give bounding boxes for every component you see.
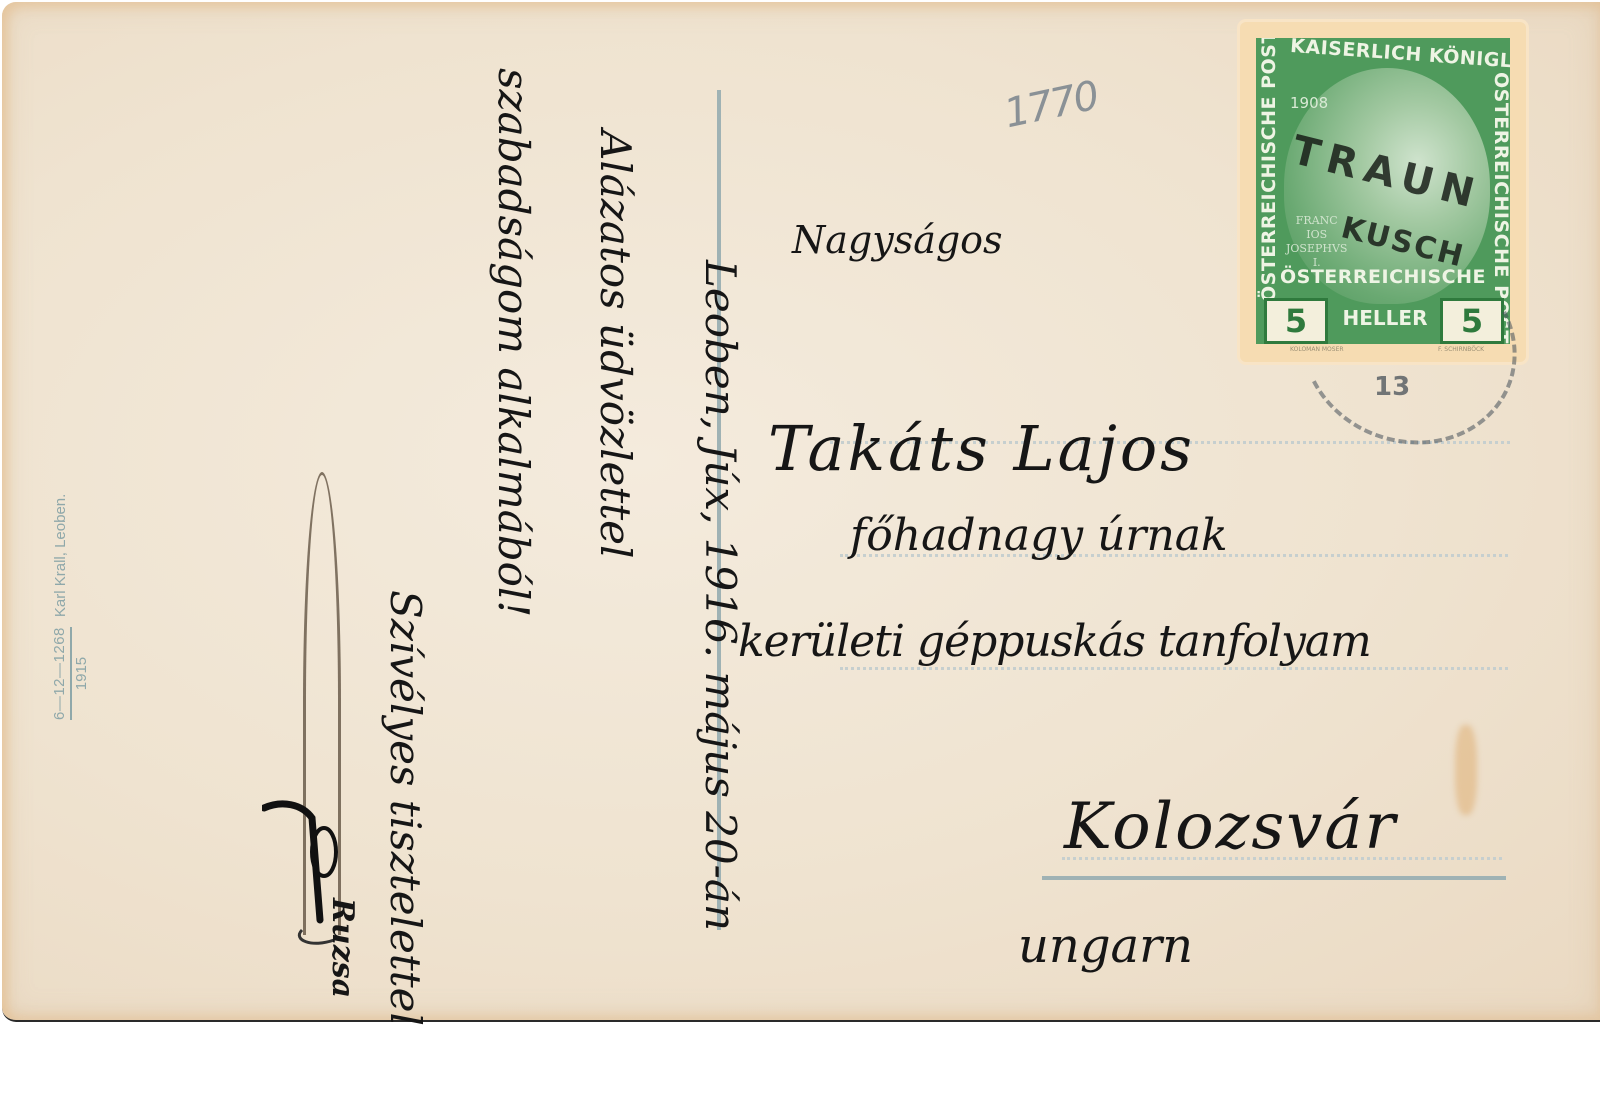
message-closing: Szívélyes tisztelettel [381, 590, 430, 1026]
print-code: 6—12—1268 1915 [52, 627, 90, 720]
address-salutation: Nagyságos [792, 218, 1003, 262]
address-country: ungarn [1018, 918, 1193, 974]
address-title: főhadnagy úrnak [850, 510, 1228, 561]
address-institution: kerületi géppuskás tanfolyam [738, 616, 1371, 667]
message-line-2: Alázatos üdvözlettel [591, 130, 640, 558]
stamp-text-right: ÖSTERREICHISCHE POST [1490, 72, 1510, 302]
address-name: Takáts Lajos [768, 412, 1195, 485]
stamp-text-left: ÖSTERREICHISCHE POST [1258, 72, 1280, 302]
postmark-number: 13 [1374, 372, 1410, 402]
publisher-imprint: 6—12—1268 1915 Karl Krall, Leoben. [52, 494, 90, 720]
address-city: Kolozsvár [1064, 790, 1397, 864]
ink-stain [1455, 725, 1477, 815]
message-dateline: Leoben, Júx, 1916. május 20-án [696, 260, 745, 931]
address-line-3 [840, 667, 1508, 670]
stamp-year: 1908 [1290, 94, 1328, 112]
address-underline [1042, 876, 1506, 880]
publisher-name: Karl Krall, Leoben. [52, 494, 69, 617]
message-line-3: szabadságom alkalmából! [489, 68, 538, 617]
signature-name: Ruzsa [325, 898, 360, 998]
